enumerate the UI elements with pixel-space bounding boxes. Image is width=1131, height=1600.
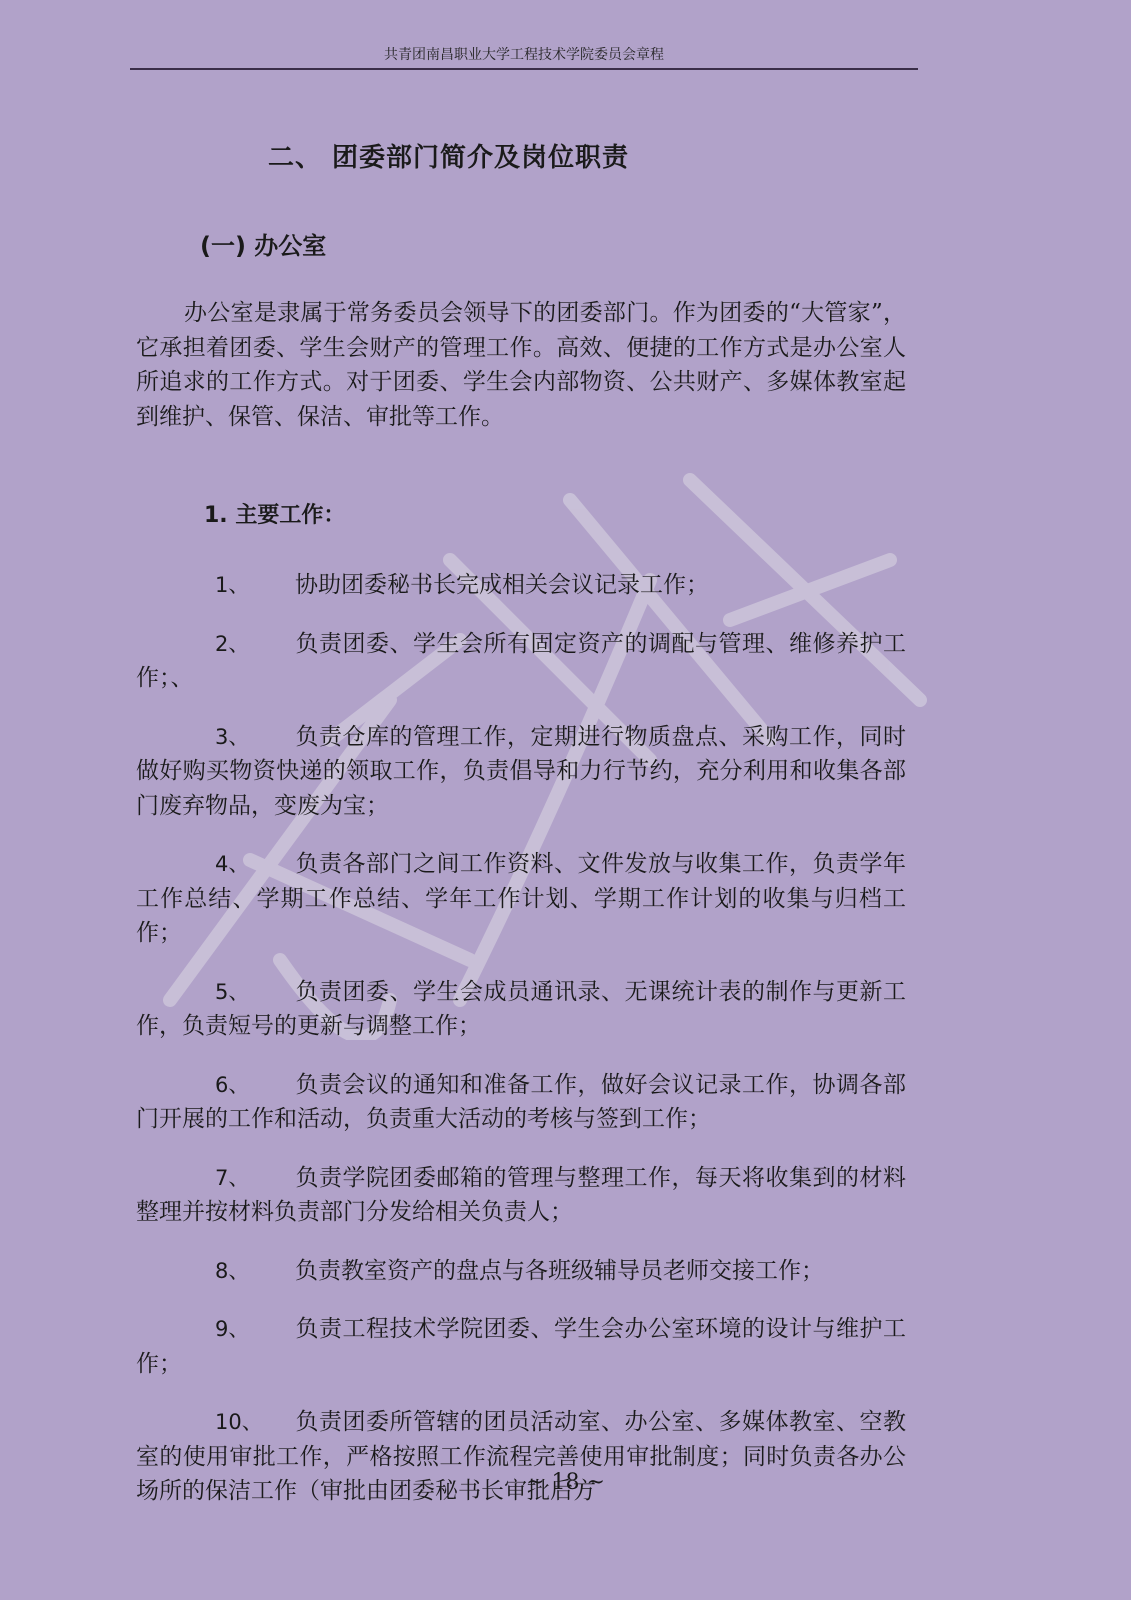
list-item: 7、负责学院团委邮箱的管理与整理工作，每天将收集到的材料整理并按材料负责部门分发… — [136, 1161, 906, 1230]
list-item: 2、负责团委、学生会所有固定资产的调配与管理、维修养护工作；、 — [136, 627, 906, 696]
duty-list: 1、协助团委秘书长完成相关会议记录工作； 2、负责团委、学生会所有固定资产的调配… — [136, 568, 906, 1533]
section-title: 二、 团委部门简介及岗位职责 — [268, 137, 629, 174]
item-number: 5、 — [215, 975, 295, 1010]
item-number: 9、 — [215, 1312, 295, 1347]
intro-paragraph: 办公室是隶属于常务委员会领导下的团委部门。作为团委的“大管家”，它承担着团委、学… — [136, 296, 906, 434]
item-number: 8、 — [215, 1254, 295, 1289]
page-number: ~ 18 ~ — [0, 1470, 1131, 1495]
list-item: 4、负责各部门之间工作资料、文件发放与收集工作，负责学年工作总结、学期工作总结、… — [136, 847, 906, 951]
item-number: 3、 — [215, 720, 295, 755]
list-item: 8、负责教室资产的盘点与各班级辅导员老师交接工作； — [136, 1254, 906, 1289]
item-text: 负责教室资产的盘点与各班级辅导员老师交接工作； — [295, 1258, 824, 1284]
running-header: 共青团南昌职业大学工程技术学院委员会章程 — [130, 44, 918, 64]
list-item: 3、负责仓库的管理工作，定期进行物质盘点、采购工作，同时做好购买物资快递的领取工… — [136, 720, 906, 824]
item-number: 7、 — [215, 1161, 295, 1196]
item-number: 6、 — [215, 1068, 295, 1103]
item-text: 协助团委秘书长完成相关会议记录工作； — [295, 572, 709, 598]
list-item: 6、负责会议的通知和准备工作，做好会议记录工作，协调各部门开展的工作和活动，负责… — [136, 1068, 906, 1137]
item-number: 2、 — [215, 627, 295, 662]
main-work-heading: 1. 主要工作： — [204, 498, 345, 529]
subsection-title: (一) 办公室 — [200, 226, 326, 261]
item-number: 4、 — [215, 847, 295, 882]
list-item: 1、协助团委秘书长完成相关会议记录工作； — [136, 568, 906, 603]
header-divider — [130, 68, 918, 70]
item-number: 10、 — [215, 1405, 295, 1440]
item-number: 1、 — [215, 568, 295, 603]
list-item: 9、负责工程技术学院团委、学生会办公室环境的设计与维护工作； — [136, 1312, 906, 1381]
list-item: 5、负责团委、学生会成员通讯录、无课统计表的制作与更新工作，负责短号的更新与调整… — [136, 975, 906, 1044]
